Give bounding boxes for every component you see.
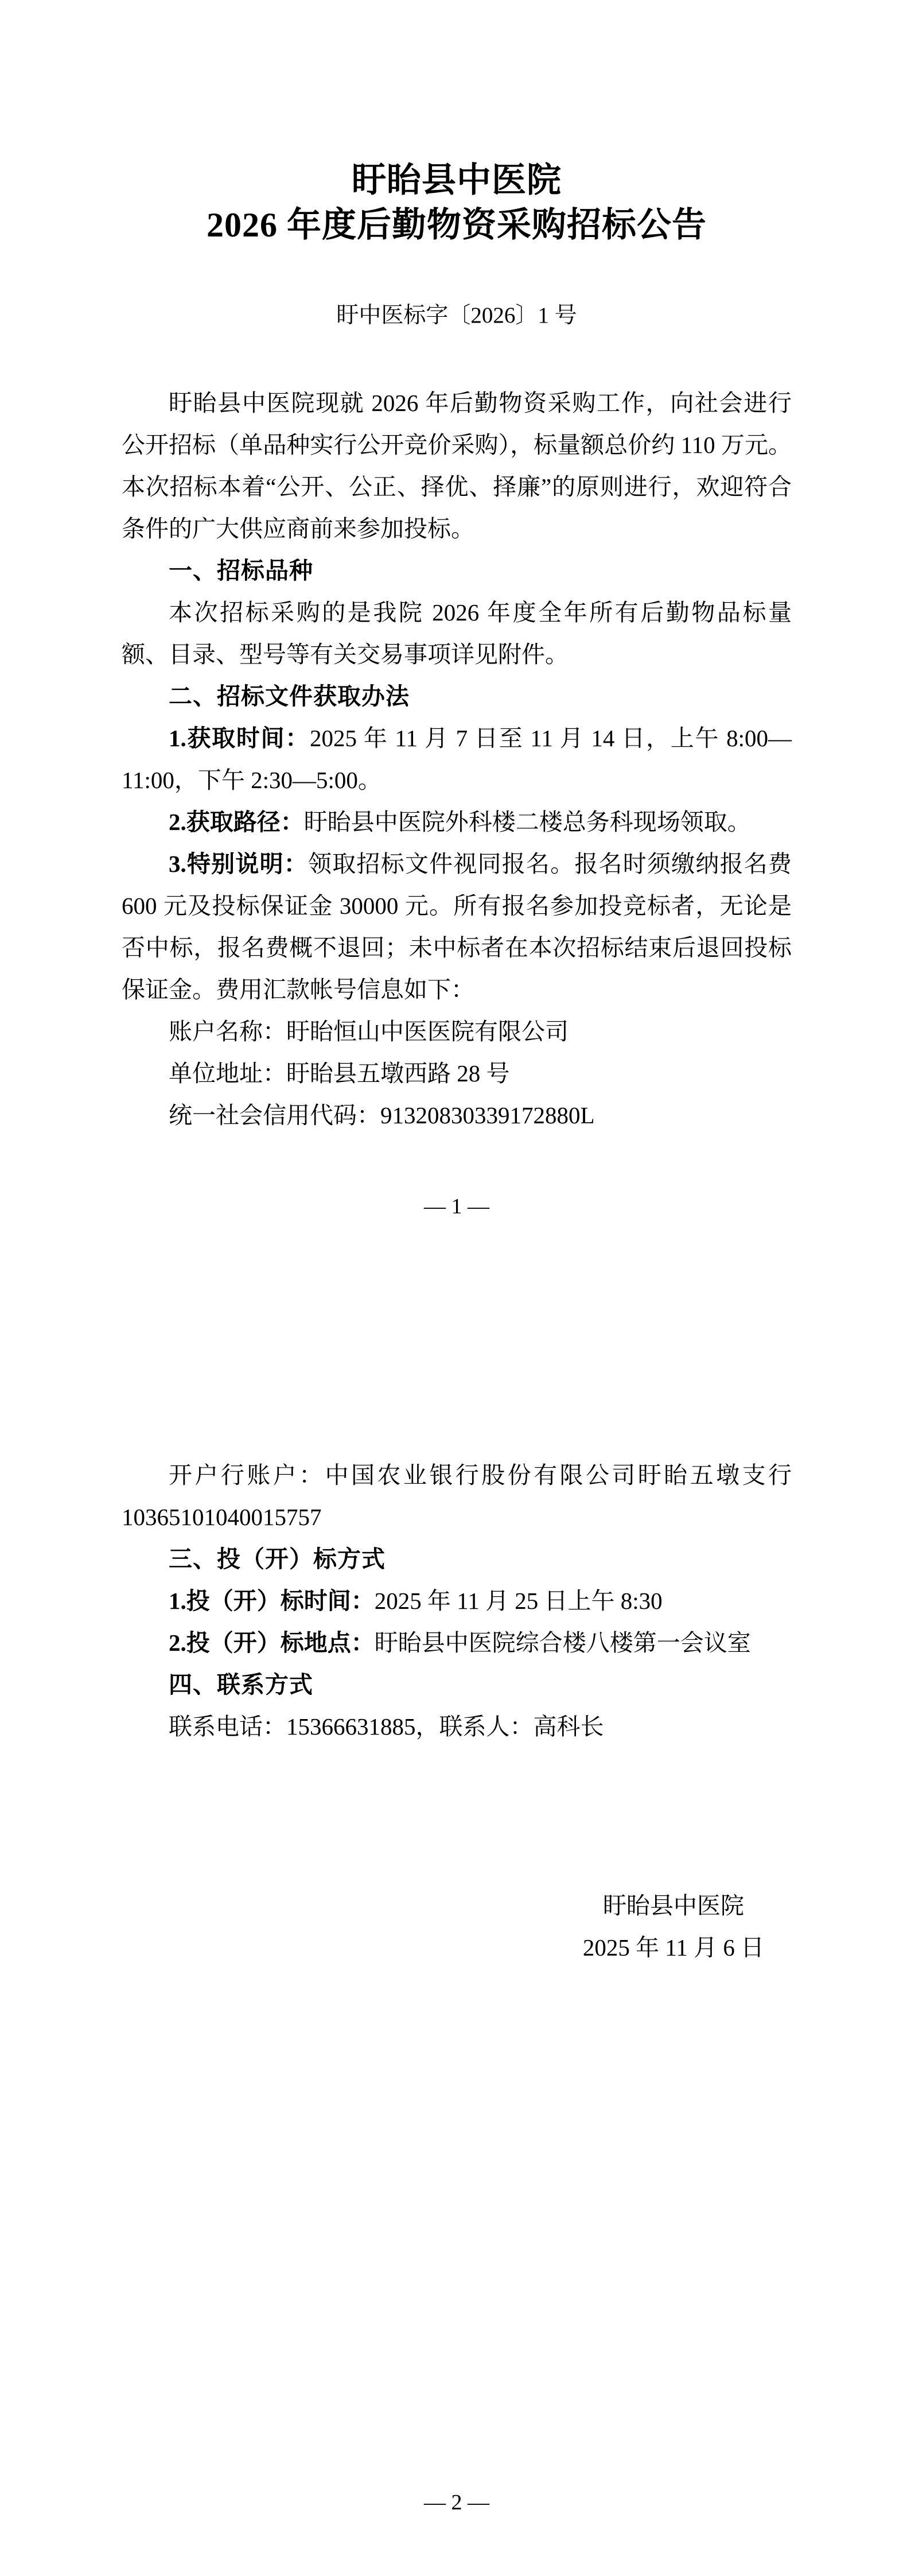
title-line-1: 盱眙县中医院 [122, 158, 792, 203]
item-obtain-path-label: 2.获取路径： [169, 809, 304, 835]
intro-paragraph: 盱眙县中医院现就 2026 年后勤物资采购工作，向社会进行公开招标（单品种实行公… [122, 382, 792, 550]
page-2-body: 开户行账户：中国农业银行股份有限公司盱眙五墩支行 103651010400157… [122, 1454, 792, 1748]
address-line: 单位地址：盱眙县五墩西路 28 号 [122, 1053, 792, 1095]
signature-org: 盱眙县中医院 [576, 1885, 771, 1927]
signature-block: 盱眙县中医院 2025 年 11 月 6 日 [576, 1885, 771, 1969]
page-2: 开户行账户：中国农业银行股份有限公司盱眙五墩支行 103651010400157… [0, 1288, 911, 2576]
item-special-note-label: 3.特别说明： [169, 851, 308, 877]
document-title: 盱眙县中医院 2026 年度后勤物资采购招标公告 [122, 158, 792, 247]
bank-account-line-1: 开户行账户：中国农业银行股份有限公司盱眙五墩支行 [122, 1454, 792, 1496]
page-1-number: — 1 — [122, 1186, 792, 1228]
doc-number: 盱中医标字〔2026〕1 号 [122, 301, 792, 330]
signature-date: 2025 年 11 月 6 日 [576, 1927, 771, 1969]
section-3-heading: 三、投（开）标方式 [122, 1538, 792, 1580]
item-bid-time: 1.投（开）标时间：2025 年 11 月 25 日上午 8:30 [122, 1580, 792, 1622]
page-1-body: 盱眙县中医院现就 2026 年后勤物资采购工作，向社会进行公开招标（单品种实行公… [122, 382, 792, 1136]
item-special-note: 3.特别说明：领取招标文件视同报名。报名时须缴纳报名费 600 元及投标保证金 … [122, 843, 792, 1011]
uscc-line: 统一社会信用代码：91320830339172880L [122, 1095, 792, 1136]
page-2-number: — 2 — [122, 2482, 792, 2524]
item-bid-time-label: 1.投（开）标时间： [169, 1588, 375, 1614]
title-line-2: 2026 年度后勤物资采购招标公告 [122, 203, 792, 247]
item-bid-place-label: 2.投（开）标地点： [169, 1630, 375, 1656]
page-1: 盱眙县中医院 2026 年度后勤物资采购招标公告 盱中医标字〔2026〕1 号 … [0, 0, 911, 1288]
section-1-heading: 一、招标品种 [122, 550, 792, 592]
item-obtain-path-text: 盱眙县中医院外科楼二楼总务科现场领取。 [304, 809, 751, 835]
item-obtain-time: 1.获取时间：2025 年 11 月 7 日至 11 月 14 日，上午 8:0… [122, 717, 792, 801]
item-obtain-path: 2.获取路径：盱眙县中医院外科楼二楼总务科现场领取。 [122, 801, 792, 843]
section-2-heading: 二、招标文件获取办法 [122, 676, 792, 717]
item-obtain-time-label: 1.获取时间： [169, 725, 310, 751]
item-bid-place: 2.投（开）标地点：盱眙县中医院综合楼八楼第一会议室 [122, 1622, 792, 1664]
contact-line: 联系电话：15366631885，联系人：高科长 [122, 1706, 792, 1748]
section-4-heading: 四、联系方式 [122, 1664, 792, 1706]
section-1-body: 本次招标采购的是我院 2026 年度全年所有后勤物品标量额、目录、型号等有关交易… [122, 592, 792, 676]
account-name-line: 账户名称：盱眙恒山中医医院有限公司 [122, 1011, 792, 1053]
bank-account-line-2: 10365101040015757 [122, 1496, 792, 1538]
tender-announcement-document: 盱眙县中医院 2026 年度后勤物资采购招标公告 盱中医标字〔2026〕1 号 … [0, 0, 911, 2576]
item-bid-place-text: 盱眙县中医院综合楼八楼第一会议室 [375, 1630, 751, 1656]
item-bid-time-text: 2025 年 11 月 25 日上午 8:30 [375, 1588, 663, 1614]
